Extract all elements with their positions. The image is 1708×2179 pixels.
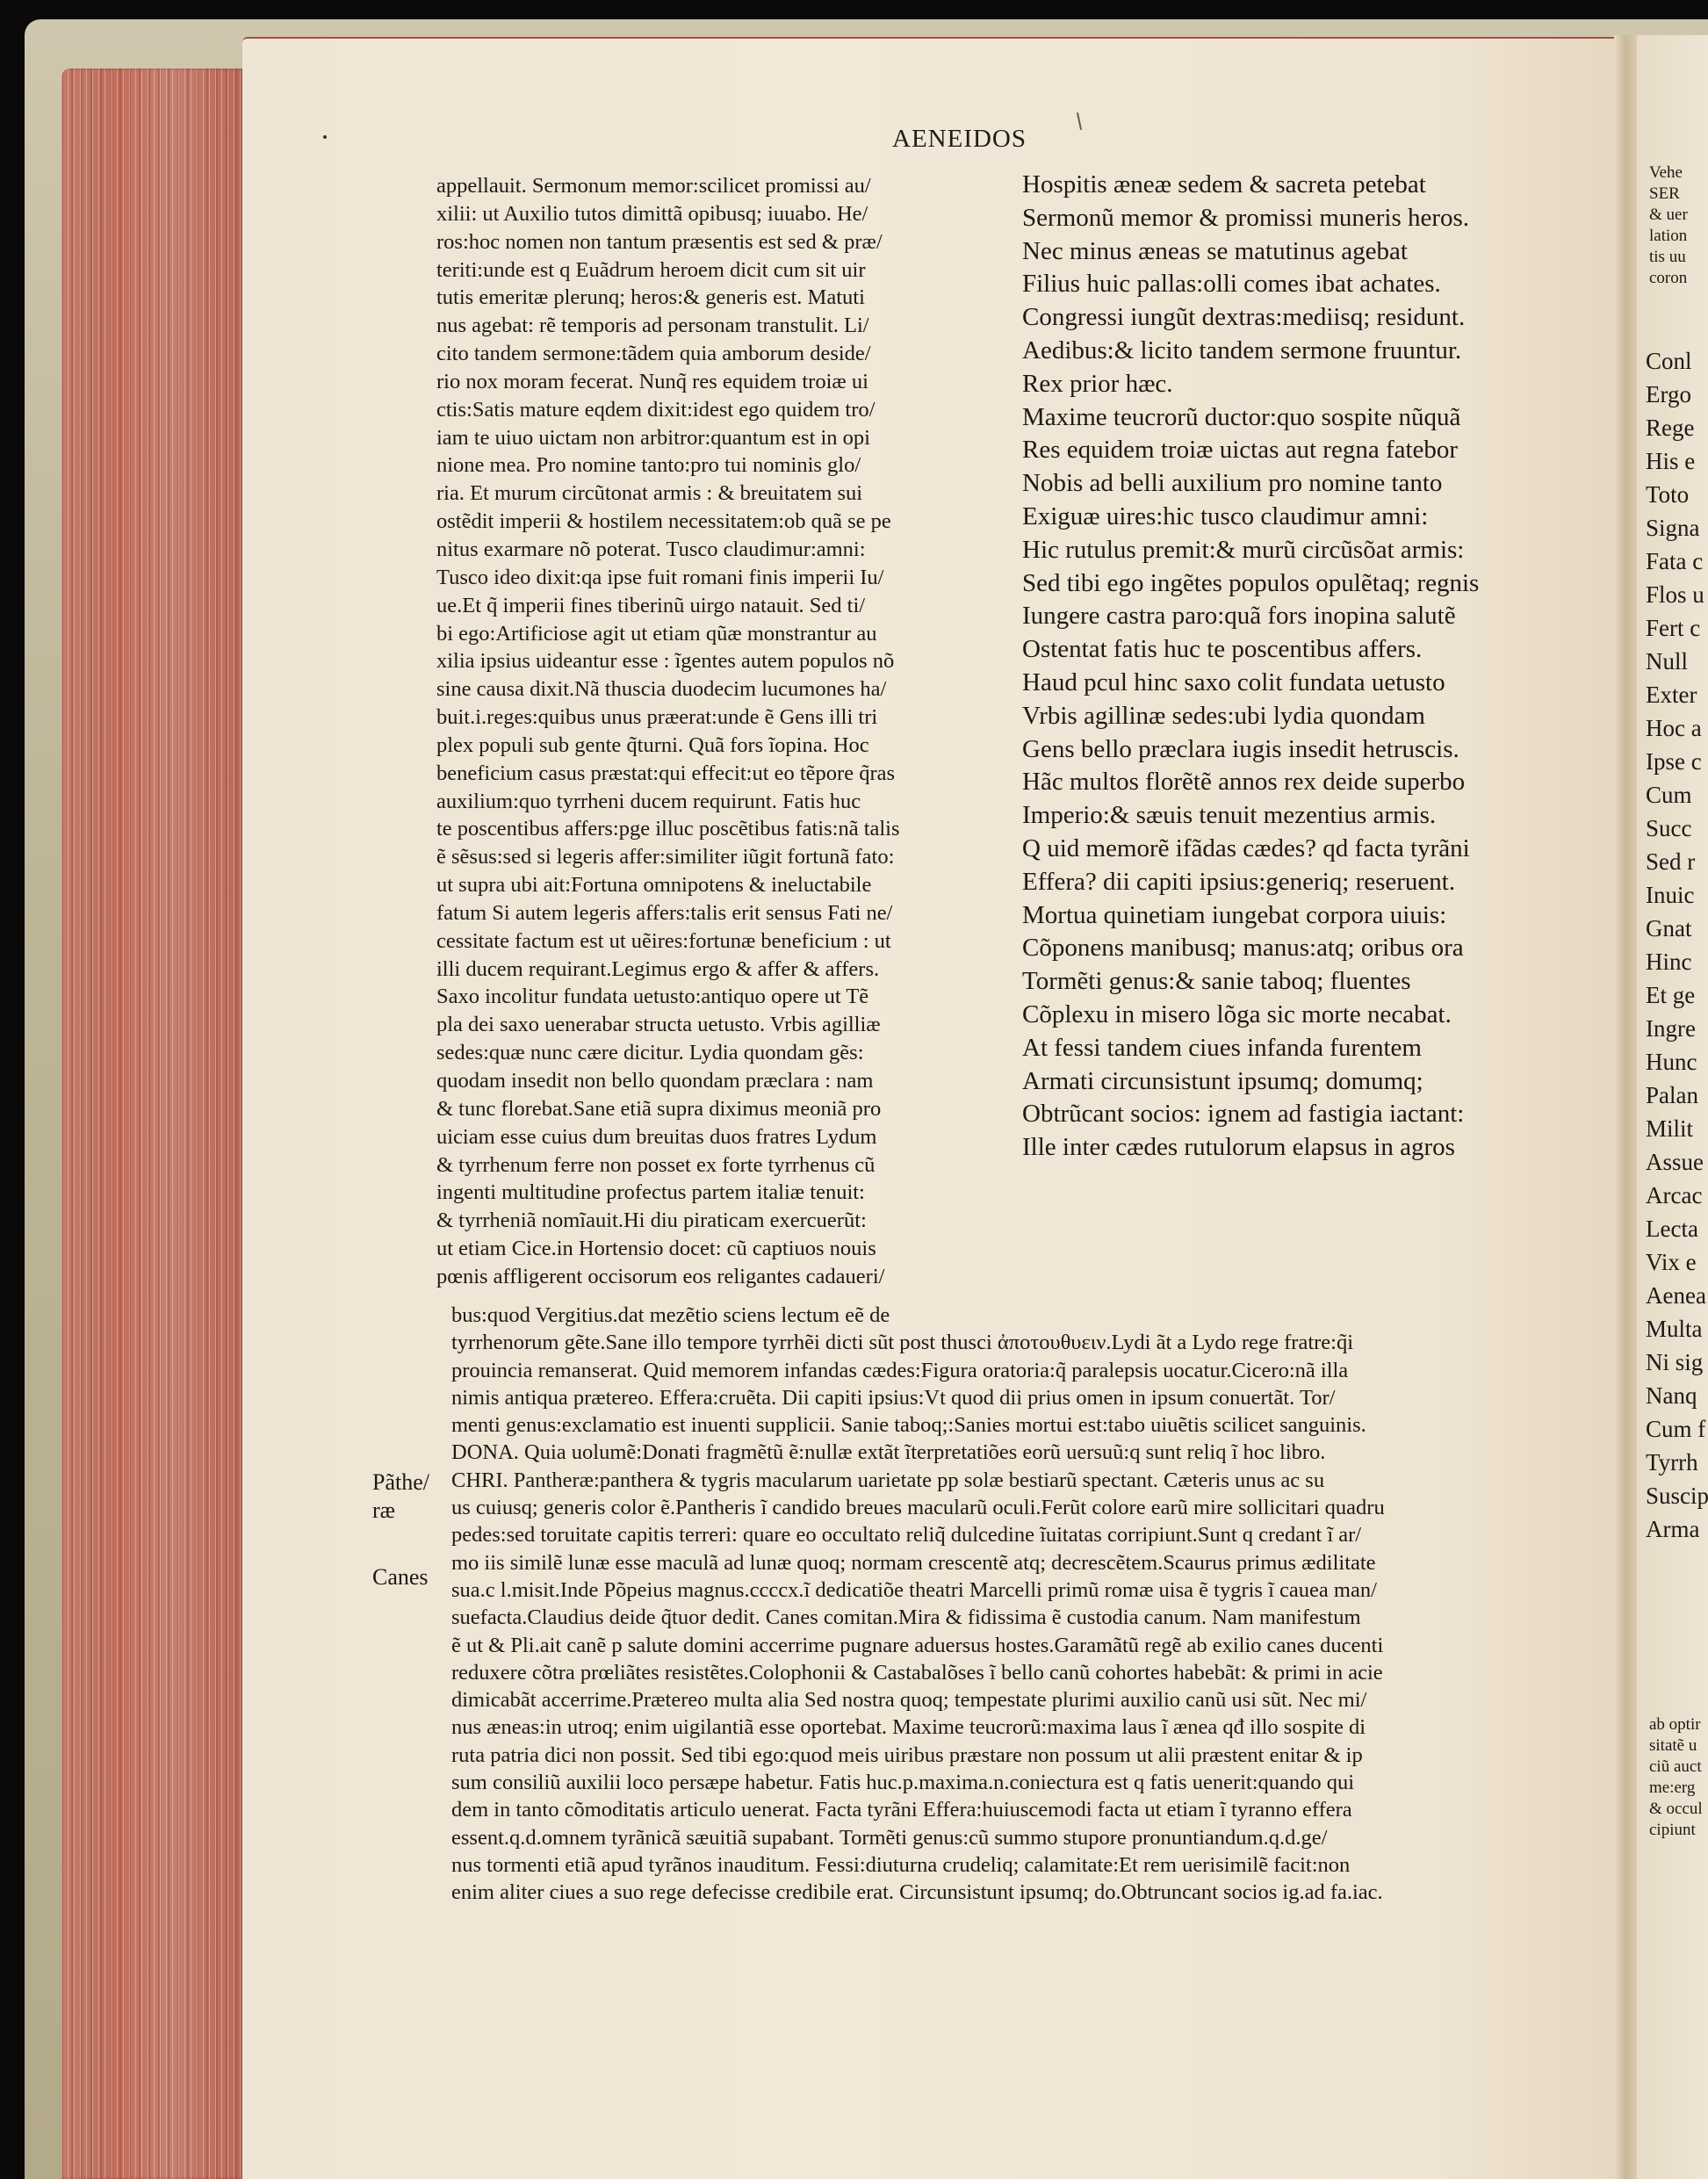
verse-line: Effera? dii capiti ipsius:generiq; reser… <box>1022 866 1593 899</box>
commentary-line: pœnis affligerent occisorum eos religant… <box>436 1263 998 1291</box>
commentary-line: rio nox moram fecerat. Nunq̃ res equidem… <box>436 368 998 396</box>
commentary-line: ruta patria dici non possit. Sed tibi eg… <box>451 1742 1611 1769</box>
verse-line: Aedibus:& licito tandem sermone fruuntur… <box>1022 335 1593 368</box>
verse-line: Filius huic pallas:olli comes ibat achat… <box>1022 268 1593 301</box>
commentary-line: nus agebat: rẽ temporis ad personam tran… <box>436 312 998 340</box>
commentary-line: quodam insedit non bello quondam præclar… <box>436 1067 998 1095</box>
verse-line: Gens bello præclara iugis insedit hetrus… <box>1022 733 1593 767</box>
verse-line: Cõplexu in misero lõga sic morte necabat… <box>1022 999 1593 1032</box>
commentary-line: sum consiliũ auxilii loco persæpe habetu… <box>451 1769 1611 1796</box>
commentary-line: Tusco ideo dixit:qa ipse fuit romani fin… <box>436 564 998 592</box>
commentary-line: & tyrrhenum ferre non posset ex forte ty… <box>436 1151 998 1180</box>
verse-column: Hospitis æneæ sedem & sacreta petebat Se… <box>1022 169 1593 1165</box>
verse-line: Imperio:& sæuis tenuit mezentius armis. <box>1022 799 1593 833</box>
paper-speck <box>323 135 327 139</box>
commentary-line: auxilium:quo tyrrheni ducem requirunt. F… <box>436 788 998 816</box>
fragment-line: Ergo <box>1646 378 1708 411</box>
fragment-line: ab optir <box>1649 1714 1703 1735</box>
right-page-fragment: Vehe SER & uer lation tis uu coron Conl … <box>1637 35 1708 2179</box>
commentary-line: tyrrhenorum gẽte.Sane illo tempore tyrrh… <box>451 1329 1611 1356</box>
verse-line: Hic rutulus premit:& murũ circũsõat armi… <box>1022 534 1593 567</box>
commentary-line: reduxere cõtra prœliãtes resistẽtes.Colo… <box>451 1659 1611 1686</box>
commentary-line: ut etiam Cice.in Hortensio docet: cũ cap… <box>436 1235 998 1263</box>
fragment-line: Fert c <box>1646 611 1708 645</box>
commentary-line: Saxo incolitur fundata uetusto:antiquo o… <box>436 983 998 1011</box>
commentary-line: illi ducem requirant.Legimus ergo & affe… <box>436 956 998 984</box>
fragment-line: Succ <box>1646 812 1708 845</box>
fragment-line: His e <box>1646 444 1708 478</box>
fragment-line: Suscip <box>1646 1479 1708 1512</box>
fragment-line: & occul <box>1649 1799 1703 1820</box>
verse-line: Nec minus æneas se matutinus agebat <box>1022 235 1593 269</box>
commentary-line: essent.q.d.omnem tyrãnicã sæuitiã supaba… <box>451 1824 1611 1851</box>
commentary-line: sua.c l.misit.Inde Põpeius magnus.ccccx.… <box>451 1577 1611 1604</box>
fragment-line: Et ge <box>1646 978 1708 1012</box>
commentary-line: buit.i.reges:quibus unus præerat:unde ẽ … <box>436 703 998 732</box>
fragment-line: Hunc <box>1646 1045 1708 1079</box>
side-note-canes: Canes <box>372 1563 429 1591</box>
commentary-line: enim aliter ciues a suo rege defecisse c… <box>451 1879 1611 1906</box>
commentary-line: te poscentibus affers:pge illuc poscẽtib… <box>436 815 998 843</box>
fragment-line: Lecta <box>1646 1212 1708 1245</box>
fragment-line: Assue <box>1646 1145 1708 1179</box>
commentary-line: CHRI. Pantheræ:panthera & tygris macular… <box>451 1467 1611 1494</box>
commentary-line: ẽ sẽsus:sed si legeris affer:similiter i… <box>436 843 998 871</box>
next-page-bottom-commentary: ab optir sitatẽ u ciũ auct me:erg & occu… <box>1649 1714 1703 1841</box>
commentary-line: uiciam esse cuius dum breuitas duos frat… <box>436 1123 998 1151</box>
fragment-line: Nanq <box>1646 1379 1708 1412</box>
commentary-line: & tunc florebat.Sane etiã supra diximus … <box>436 1095 998 1123</box>
verse-line: Haud pcul hinc saxo colit fundata uetust… <box>1022 667 1593 700</box>
commentary-line: tutis emeritæ plerunq; heros:& generis e… <box>436 284 998 312</box>
commentary-line: ue.Et q̃ imperii fines tiberinũ uirgo na… <box>436 592 998 620</box>
commentary-line: bi ego:Artificiose agit ut etiam qũæ mon… <box>436 620 998 648</box>
side-note-line: ræ <box>372 1497 429 1525</box>
fragment-line: Aenea <box>1646 1279 1708 1312</box>
fragment-line: Milit <box>1646 1112 1708 1145</box>
fragment-line: Cum f <box>1646 1412 1708 1446</box>
fragment-line: Flos u <box>1646 578 1708 611</box>
fragment-line: Cum <box>1646 778 1708 812</box>
fragment-line: Vehe <box>1649 162 1688 184</box>
commentary-line: dem in tanto cõmoditatis articulo uenera… <box>451 1796 1611 1823</box>
fragment-line: Ipse c <box>1646 745 1708 778</box>
fragment-line: Tyrrh <box>1646 1446 1708 1479</box>
verse-line: Congressi iungũt dextras:mediisq; residu… <box>1022 301 1593 335</box>
commentary-line: ostẽdit imperii & hostilem necessitatem:… <box>436 508 998 536</box>
commentary-line: nimis antiqua prætereo. Effera:cruẽta. D… <box>451 1384 1611 1411</box>
fragment-line: lation <box>1649 226 1688 247</box>
fragment-line: Gnat <box>1646 912 1708 945</box>
next-page-top-commentary: Vehe SER & uer lation tis uu coron <box>1649 162 1688 289</box>
fragment-line: Signa <box>1646 511 1708 545</box>
fragment-line: Conl <box>1646 344 1708 378</box>
side-note-panthere: Pãthe/ ræ <box>372 1468 429 1525</box>
commentary-line: pla dei saxo uenerabar structa uetusto. … <box>436 1011 998 1039</box>
fragment-line: sitatẽ u <box>1649 1735 1703 1757</box>
commentary-line: bus:quod Vergitius.dat mezẽtio sciens le… <box>451 1302 1611 1329</box>
verse-line: Cõponens manibusq; manus:atq; oribus ora <box>1022 932 1593 965</box>
fragment-line: Exter <box>1646 678 1708 711</box>
fragment-line: Multa <box>1646 1312 1708 1346</box>
fragment-line: coron <box>1649 268 1688 289</box>
commentary-line: pedes:sed toruitate capitis terreri: qua… <box>451 1521 1611 1548</box>
verse-line: Vrbis agillinæ sedes:ubi lydia quondam <box>1022 700 1593 733</box>
commentary-line: DONA. Quia uolumẽ:Donati fragmẽtũ ẽ:null… <box>451 1439 1611 1466</box>
fragment-line: Ni sig <box>1646 1346 1708 1379</box>
fragment-line: Vix e <box>1646 1245 1708 1279</box>
verse-line: Sed tibi ego ingẽtes populos opulẽtaq; r… <box>1022 567 1593 601</box>
verse-line: Armati circunsistunt ipsumq; domumq; <box>1022 1065 1593 1099</box>
commentary-line: cito tandem sermone:tãdem quia amborum d… <box>436 340 998 368</box>
commentary-line: cessitate factum est ut uẽires:fortunæ b… <box>436 927 998 956</box>
fragment-line: Fata c <box>1646 545 1708 578</box>
verse-line: Iungere castra paro:quã fors inopina sal… <box>1022 600 1593 633</box>
fragment-line: SER <box>1649 184 1688 205</box>
commentary-line: nitus exarmare nõ poterat. Tusco claudim… <box>436 536 998 564</box>
fragment-line: Arcac <box>1646 1179 1708 1212</box>
verse-line: At fessi tandem ciues infanda furentem <box>1022 1032 1593 1065</box>
verse-line: Obtrũcant socios: ignem ad fastigia iact… <box>1022 1098 1593 1131</box>
commentary-line: ingenti multitudine profectus partem ita… <box>436 1179 998 1207</box>
commentary-line: mo iis similẽ lunæ esse maculã ad lunæ q… <box>451 1549 1611 1577</box>
commentary-line: sine causa dixit.Nã thuscia duodecim luc… <box>436 675 998 703</box>
red-page-edges <box>61 69 244 2179</box>
next-page-verse: Conl Ergo Rege His e Toto Signa Fata c F… <box>1646 344 1708 1546</box>
verse-line: Ostentat fatis huc te poscentibus affers… <box>1022 633 1593 667</box>
commentary-line: ria. Et murum circũtonat armis : & breui… <box>436 480 998 508</box>
verse-line: Q uid memorẽ ifãdas cædes? qd facta tyrã… <box>1022 833 1593 866</box>
commentary-column-top: appellauit. Sermonum memor:scilicet prom… <box>436 172 998 1291</box>
fragment-line: tis uu <box>1649 247 1688 268</box>
commentary-line: menti genus:exclamatio est inuenti suppl… <box>451 1411 1611 1439</box>
commentary-line: nus æneas:in utroq; enim uigilantiã esse… <box>451 1714 1611 1741</box>
fragment-line: Sed r <box>1646 845 1708 878</box>
fragment-line: Ingre <box>1646 1012 1708 1045</box>
commentary-line: sedes:quæ nunc cære dicitur. Lydia quond… <box>436 1039 998 1067</box>
commentary-line: fatum Si autem legeris affers:talis erit… <box>436 899 998 927</box>
fragment-line: Hinc <box>1646 945 1708 978</box>
commentary-line: prouincia remanserat. Quid memorem infan… <box>451 1357 1611 1384</box>
commentary-line: nione mea. Pro nomine tanto:pro tui nomi… <box>436 451 998 480</box>
fragment-line: cipiunt <box>1649 1820 1703 1841</box>
commentary-line: nus tormenti etiã apud tyrãnos inauditum… <box>451 1851 1611 1879</box>
commentary-line: plex populi sub gente q̃turni. Quã fors … <box>436 732 998 760</box>
verse-line: Res equidem troiæ uictas aut regna fateb… <box>1022 434 1593 467</box>
fragment-line: Hoc a <box>1646 711 1708 745</box>
verse-line: Hãc multos florẽtẽ annos rex deide super… <box>1022 766 1593 799</box>
fragment-line: Null <box>1646 645 1708 678</box>
commentary-line: ros:hoc nomen non tantum præsentis est s… <box>436 228 998 256</box>
fragment-line: Rege <box>1646 411 1708 444</box>
fragment-line: Toto <box>1646 478 1708 511</box>
fragment-line: Inuic <box>1646 878 1708 912</box>
side-note-line: Pãthe/ <box>372 1468 429 1497</box>
commentary-line: ut supra ubi ait:Fortuna omnipotens & in… <box>436 871 998 899</box>
verse-line: Tormẽti genus:& sanie taboq; fluentes <box>1022 965 1593 999</box>
fragment-line: & uer <box>1649 205 1688 226</box>
verse-line: Nobis ad belli auxilium pro nomine tanto <box>1022 467 1593 501</box>
verse-line: Rex prior hæc. <box>1022 368 1593 401</box>
commentary-line: & tyrrheniã nomĩauit.Hi diu piraticam ex… <box>436 1207 998 1235</box>
verse-line: Mortua quinetiam iungebat corpora uiuis: <box>1022 899 1593 933</box>
commentary-line: ẽ ut & Pli.ait canẽ p salute domini acce… <box>451 1632 1611 1659</box>
verse-line: Hospitis æneæ sedem & sacreta petebat <box>1022 169 1593 202</box>
commentary-line: suefacta.Claudius deide q̃tuor dedit. Ca… <box>451 1604 1611 1631</box>
verse-line: Ille inter cædes rutulorum elapsus in ag… <box>1022 1131 1593 1165</box>
verse-line: Maxime teucrorũ ductor:quo sospite nũquã <box>1022 401 1593 435</box>
commentary-line: teriti:unde est q Euãdrum heroem dicit c… <box>436 256 998 285</box>
fragment-line: Palan <box>1646 1079 1708 1112</box>
verse-line: Exiguæ uires:hic tusco claudimur amni: <box>1022 501 1593 534</box>
commentary-line: dimicabãt accerrime.Prætereo multa alia … <box>451 1686 1611 1714</box>
commentary-line: xilii: ut Auxilio tutos dimittã opibusq;… <box>436 200 998 228</box>
verse-line: Sermonũ memor & promissi muneris heros. <box>1022 202 1593 235</box>
fragment-line: me:erg <box>1649 1778 1703 1799</box>
commentary-column-bottom: bus:quod Vergitius.dat mezẽtio sciens le… <box>451 1302 1611 1907</box>
commentary-line: ctis:Satis mature eqdem dixit:idest ego … <box>436 396 998 424</box>
commentary-line: us cuiusq; generis color ẽ.Pantheris ĩ c… <box>451 1494 1611 1521</box>
commentary-line: xilia ipsius uideantur esse : ĩgentes au… <box>436 647 998 675</box>
fragment-line: Arma <box>1646 1512 1708 1546</box>
commentary-line: appellauit. Sermonum memor:scilicet prom… <box>436 172 998 200</box>
commentary-line: beneficium casus præstat:qui effecit:ut … <box>436 760 998 788</box>
fragment-line: ciũ auct <box>1649 1757 1703 1778</box>
commentary-line: iam te uiuo uictam non arbitror:quantum … <box>436 424 998 452</box>
running-head: AENEIDOS <box>892 125 1027 154</box>
book-gutter <box>1614 35 1637 2179</box>
